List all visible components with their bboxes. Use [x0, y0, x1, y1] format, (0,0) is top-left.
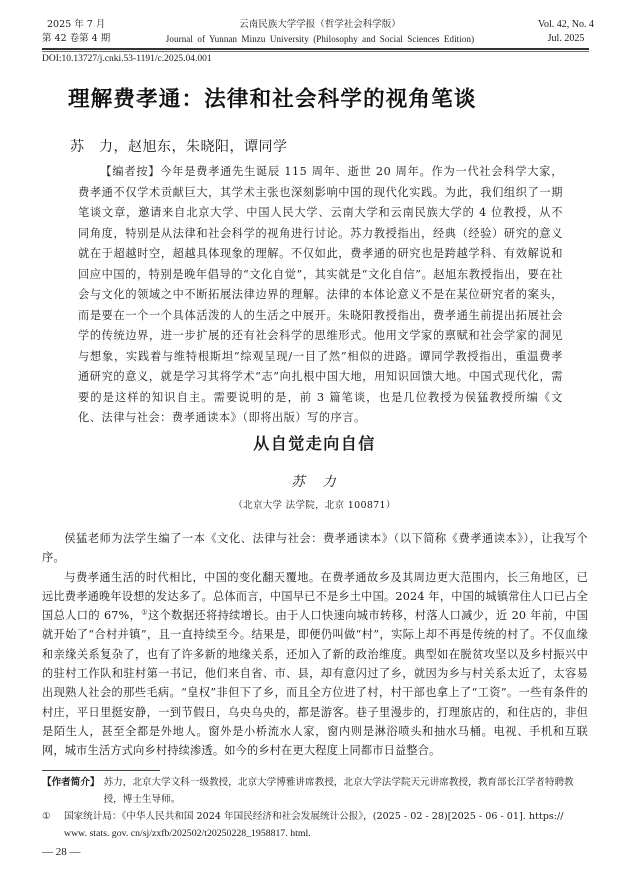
vol-no: Vol. 42, No. 4: [531, 18, 601, 32]
paragraph-1: 侯猛老师为法学生编了一本《文化、法律与社会：费孝通读本》（以下简称《费孝通读本》…: [42, 529, 588, 568]
footnote-url-link[interactable]: www. stats. gov. cn/sj/zxfb/202502/t2025…: [64, 828, 311, 839]
page-number: — 28 —: [42, 846, 81, 858]
author-bio: 【作者简介】 苏力，北京大学文科一级教授，北京大学博雅讲席教授，北京大学法学院天…: [42, 775, 590, 808]
footnote-marker-link[interactable]: ①: [141, 608, 148, 616]
header-left: 2025 年 7 月 第 42 卷第 4 期: [42, 18, 110, 46]
paragraph-2: 与费孝通生活的时代相比，中国的变化翻天覆地。在费孝通故乡及其周边更大范围内，长三…: [42, 568, 588, 761]
footnote-text: 国家统计局：《中华人民共和国 2024 年国民经济和社会发展统计公报》，(202…: [64, 809, 563, 842]
section-author: 苏 力: [0, 470, 629, 490]
footnotes: 【作者简介】 苏力，北京大学文科一级教授，北京大学博雅讲席教授，北京大学法学院天…: [42, 775, 590, 842]
date-en: Jul. 2025: [531, 32, 601, 46]
article-authors: 苏 力，赵旭东，朱晓阳，谭同学: [70, 136, 288, 156]
issue-date: 2025 年 7 月: [42, 18, 110, 32]
doi: DOI:10.13727/j.cnki.53-1191/c.2025.04.00…: [42, 54, 212, 64]
volume-issue: 第 42 卷第 4 期: [42, 32, 110, 46]
header-rule-thin: [42, 51, 589, 52]
editor-note: 【编者按】今年是费孝通先生诞辰 115 周年、逝世 20 周年。作为一代社会科学…: [78, 162, 563, 429]
article-title: 理解费孝通：法律和社会科学的视角笔谈: [68, 82, 477, 113]
author-bio-text: 苏力，北京大学文科一级教授，北京大学博雅讲席教授，北京大学法学院天元讲席教授，教…: [100, 775, 590, 808]
footnote-number: ①: [42, 809, 64, 842]
section-title: 从自觉走向自信: [0, 431, 629, 454]
header-center: 云南民族大学学报（哲学社会科学版） Journal of Yunnan Minz…: [150, 18, 490, 46]
section-affiliation: （北京大学 法学院，北京 100871）: [0, 497, 629, 511]
author-bio-label: 【作者简介】: [42, 775, 100, 808]
footnote-divider: [42, 770, 160, 771]
footnote-reference: ① 国家统计局：《中华人民共和国 2024 年国民经济和社会发展统计公报》，(2…: [42, 809, 590, 842]
header-right: Vol. 42, No. 4 Jul. 2025: [531, 18, 601, 46]
footnote-citation: 国家统计局：《中华人民共和国 2024 年国民经济和社会发展统计公报》，(202…: [64, 811, 563, 822]
header-rule: [42, 48, 589, 50]
journal-name-cn: 云南民族大学学报（哲学社会科学版）: [150, 18, 490, 32]
body-text: 侯猛老师为法学生编了一本《文化、法律与社会：费孝通读本》（以下简称《费孝通读本》…: [42, 529, 588, 761]
journal-name-en: Journal of Yunnan Minzu University (Phil…: [150, 32, 490, 46]
paragraph-2-rest: 这个数据还将持续增长。由于人口快速向城市转移，村落人口减少，近 20 年前，中国…: [42, 609, 588, 757]
